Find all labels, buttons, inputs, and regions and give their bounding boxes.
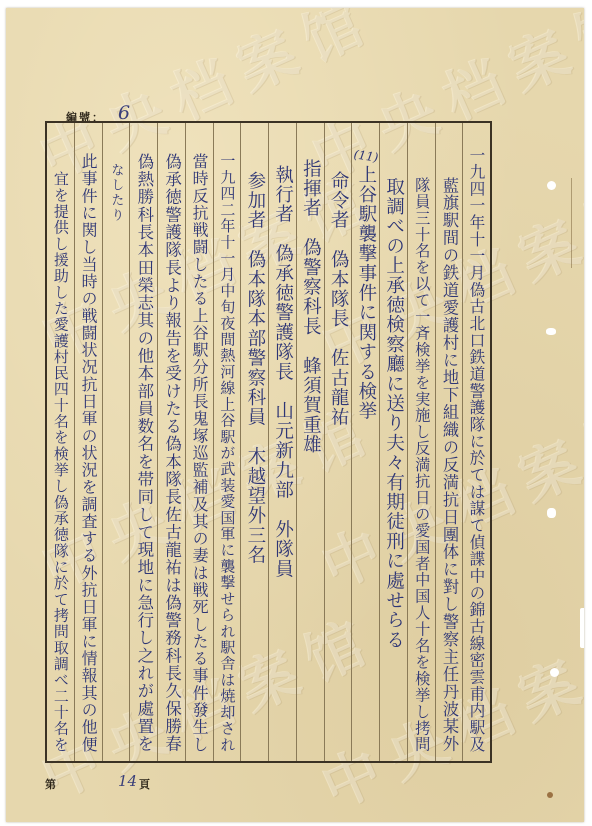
column-text: 指揮者 偽警察科長 蜂須賀重雄 bbox=[301, 159, 320, 455]
punch-hole bbox=[546, 328, 556, 335]
column-text: 藍旗駅間の鉄道愛護村に地下組織の反満抗日團体に對し警察主任丹波某外 bbox=[441, 177, 457, 753]
manuscript-grid: 宜を提供し援助した愛護村民四十名を検挙し偽承徳隊に於て拷問取調べ二十名を 此事件… bbox=[45, 121, 492, 763]
column-text: 當時反抗戦闘したる上谷駅分所長鬼塚巡監補及其の妻は戦死したる事件發生し bbox=[191, 153, 207, 753]
text-column: なしたり bbox=[103, 123, 131, 761]
text-column: 偽熱勝科長本田榮志其の他本部員数名を帯同して現地に急行し之れが處置を bbox=[130, 123, 158, 761]
column-text: 一九四二年十一月中旬夜間熱河線上谷駅が武装愛国軍に襲撃せられ駅舎は焼却され bbox=[219, 153, 234, 753]
column-text: 取調べの上承徳検察廳に送り夫々有期徒刑に處せらる bbox=[384, 177, 403, 650]
column-text: 参加者 偽本隊本部警察科員 木越望外三名 bbox=[245, 171, 264, 565]
column-text: 此事件に関し当時の戦闘状况抗日軍の状況を調査する外抗日軍に情報其の他便 bbox=[80, 153, 96, 753]
text-column: 藍旗駅間の鉄道愛護村に地下組織の反満抗日團体に對し警察主任丹波某外 bbox=[436, 123, 464, 761]
text-column: 一九四一年十一月偽古北口鉄道警護隊に於ては謀て偵諜中の錦古線密雲甫内駅及 bbox=[463, 123, 490, 761]
punch-hole bbox=[550, 668, 559, 677]
text-column: 指揮者 偽警察科長 蜂須賀重雄 bbox=[297, 123, 325, 761]
page-suffix: 頁 bbox=[139, 776, 150, 792]
text-column: 執行者 偽承徳警護隊長 山元新九部 外隊員 bbox=[269, 123, 297, 761]
stain-mark bbox=[547, 792, 553, 798]
archive-page: 中央档案馆 中央档案馆 中央档案馆 中央档案馆 中央档案馆 中央档案馆 中央档案… bbox=[6, 8, 584, 822]
text-column: 取調べの上承徳検察廳に送り夫々有期徒刑に處せらる bbox=[380, 123, 408, 761]
edge-tear bbox=[580, 608, 584, 648]
column-text: 偽熱勝科長本田榮志其の他本部員数名を帯同して現地に急行し之れが處置を bbox=[135, 153, 151, 753]
edge-crease bbox=[571, 178, 572, 268]
text-column: 宜を提供し援助した愛護村民四十名を検挙し偽承徳隊に於て拷問取調べ二十名を bbox=[47, 123, 75, 761]
column-text: 執行者 偽承徳警護隊長 山元新九部 外隊員 bbox=[273, 165, 292, 579]
text-column: 参加者 偽本隊本部警察科員 木越望外三名 bbox=[241, 123, 269, 761]
punch-hole bbox=[547, 181, 556, 190]
text-column: 隊員三十名を以て一斉検挙を実施し反満抗日の愛国者中国人十名を検挙し拷問 bbox=[408, 123, 436, 761]
page-number: 14 bbox=[118, 772, 137, 790]
column-text: 一九四一年十一月偽古北口鉄道警護隊に於ては謀て偵諜中の錦古線密雲甫内駅及 bbox=[469, 147, 485, 753]
text-column: 偽承徳警護隊長より報告を受けたる偽本隊長佐古龍祐は偽警務科長久保勝春 bbox=[158, 123, 186, 761]
column-text: 上谷駅襲撃事件に関する検挙 bbox=[356, 165, 375, 421]
column-text: なしたり bbox=[109, 163, 122, 223]
column-text: 偽承徳警護隊長より報告を受けたる偽本隊長佐古龍祐は偽警務科長久保勝春 bbox=[163, 153, 179, 753]
page-prefix: 第 bbox=[45, 776, 56, 792]
column-text: 宜を提供し援助した愛護村民四十名を検挙し偽承徳隊に於て拷問取調べ二十名を bbox=[53, 171, 68, 753]
section-number: (11) bbox=[352, 147, 378, 164]
text-column: (11) 上谷駅襲撃事件に関する検挙 bbox=[352, 123, 380, 761]
text-column: 命令者 偽本隊長 佐古龍祐 bbox=[325, 123, 353, 761]
column-text: 隊員三十名を以て一斉検挙を実施し反満抗日の愛国者中国人十名を検挙し拷問 bbox=[414, 177, 429, 753]
column-text: 命令者 偽本隊長 佐古龍祐 bbox=[329, 171, 348, 427]
text-column: 此事件に関し当時の戦闘状况抗日軍の状況を調査する外抗日軍に情報其の他便 bbox=[75, 123, 103, 761]
text-column: 一九四二年十一月中旬夜間熱河線上谷駅が武装愛国軍に襲撃せられ駅舎は焼却され bbox=[214, 123, 242, 761]
punch-hole bbox=[547, 508, 556, 518]
text-column: 當時反抗戦闘したる上谷駅分所長鬼塚巡監補及其の妻は戦死したる事件發生し bbox=[186, 123, 214, 761]
